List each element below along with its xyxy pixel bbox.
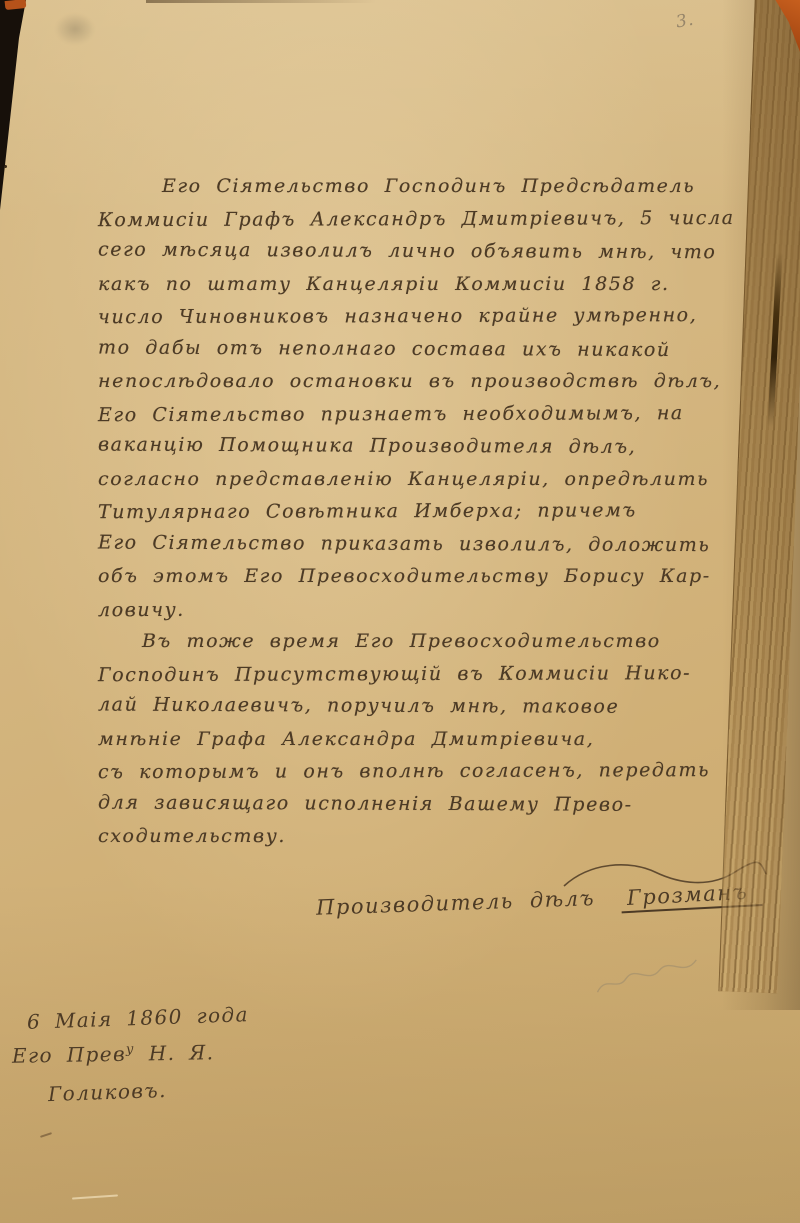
paragraph-1: Его Сіятельство Господинъ Предсѣдатель К… [98, 170, 774, 625]
manuscript-line: Его Сіятельство Господинъ Предсѣдатель [98, 170, 774, 203]
manuscript-line: согласно представленію Канцеляріи, опред… [98, 463, 774, 496]
docket-date: 6 Маія 1860 года [27, 1002, 250, 1034]
docket-addressee-abbrev: Его Прев [12, 1042, 126, 1068]
page-number: 3. [674, 10, 695, 33]
manuscript-line: ваканцію Помощника Производителя дѣлъ, [98, 429, 774, 464]
letter-body: Его Сіятельство Господинъ Предсѣдатель К… [98, 170, 774, 853]
binding-corner-top-left [5, 0, 27, 10]
manuscript-line: для зависящаго исполненія Вашему Прево- [98, 786, 774, 821]
manuscript-line: объ этомъ Его Превосходительству Борису … [98, 560, 774, 593]
paper-mark [40, 1132, 52, 1138]
manuscript-line: съ которымъ и онъ вполнѣ согласенъ, пере… [98, 754, 774, 789]
manuscript-line: Коммисіи Графъ Александръ Дмитріевичъ, 5… [98, 201, 774, 236]
manuscript-line: то дабы отъ неполнаго состава ихъ никако… [98, 331, 774, 366]
manuscript-line: Его Сіятельство признаетъ необходимымъ, … [98, 396, 774, 431]
paper-mark [72, 1194, 118, 1199]
manuscript-line: Титулярнаго Совѣтника Имберха; причемъ [98, 494, 774, 529]
docket-addressee-initials: Н. Я. [149, 1040, 215, 1065]
manuscript-line: ловичу. [98, 591, 774, 626]
manuscript-line: число Чиновниковъ назначено крайне умѣре… [98, 299, 774, 334]
manuscript-line: какъ по штату Канцеляріи Коммисіи 1858 г… [98, 268, 774, 301]
paper-smudge [55, 13, 95, 45]
manuscript-line: Господинъ Присутствующій въ Коммисіи Ник… [98, 656, 774, 691]
manuscript-line: сего мѣсяца изволилъ лично объявить мнѣ,… [98, 234, 774, 269]
manuscript-line: Въ тоже время Его Превосходительство [98, 625, 774, 658]
manuscript-line: непослѣдовало остановки въ производствѣ … [98, 365, 774, 398]
signature-line: Производитель дѣлъ Грозманъ [316, 880, 763, 923]
manuscript-page: 3. Его Сіятельство Господинъ Предсѣдател… [0, 0, 800, 1223]
docket-addressee-superscript: у [126, 1042, 135, 1057]
pencil-scribble [590, 953, 703, 1000]
paper-crease [146, 0, 376, 3]
manuscript-line: сходительству. [98, 820, 774, 853]
manuscript-scan: 3. Его Сіятельство Господинъ Предсѣдател… [0, 0, 800, 1223]
paper-mark [0, 165, 7, 168]
manuscript-line: мнѣніе Графа Александра Дмитріевича, [98, 723, 774, 756]
manuscript-line: лай Николаевичъ, поручилъ мнѣ, таковое [98, 689, 774, 724]
docket-addressee: Его Преву Н. Я. [12, 1040, 215, 1068]
signature-title: Производитель дѣлъ [316, 886, 596, 920]
paragraph-2: Въ тоже время Его Превосходительство Гос… [98, 625, 774, 853]
manuscript-line: Его Сіятельство приказать изволилъ, доло… [98, 526, 774, 561]
docket-surname: Голиковъ. [48, 1078, 168, 1106]
